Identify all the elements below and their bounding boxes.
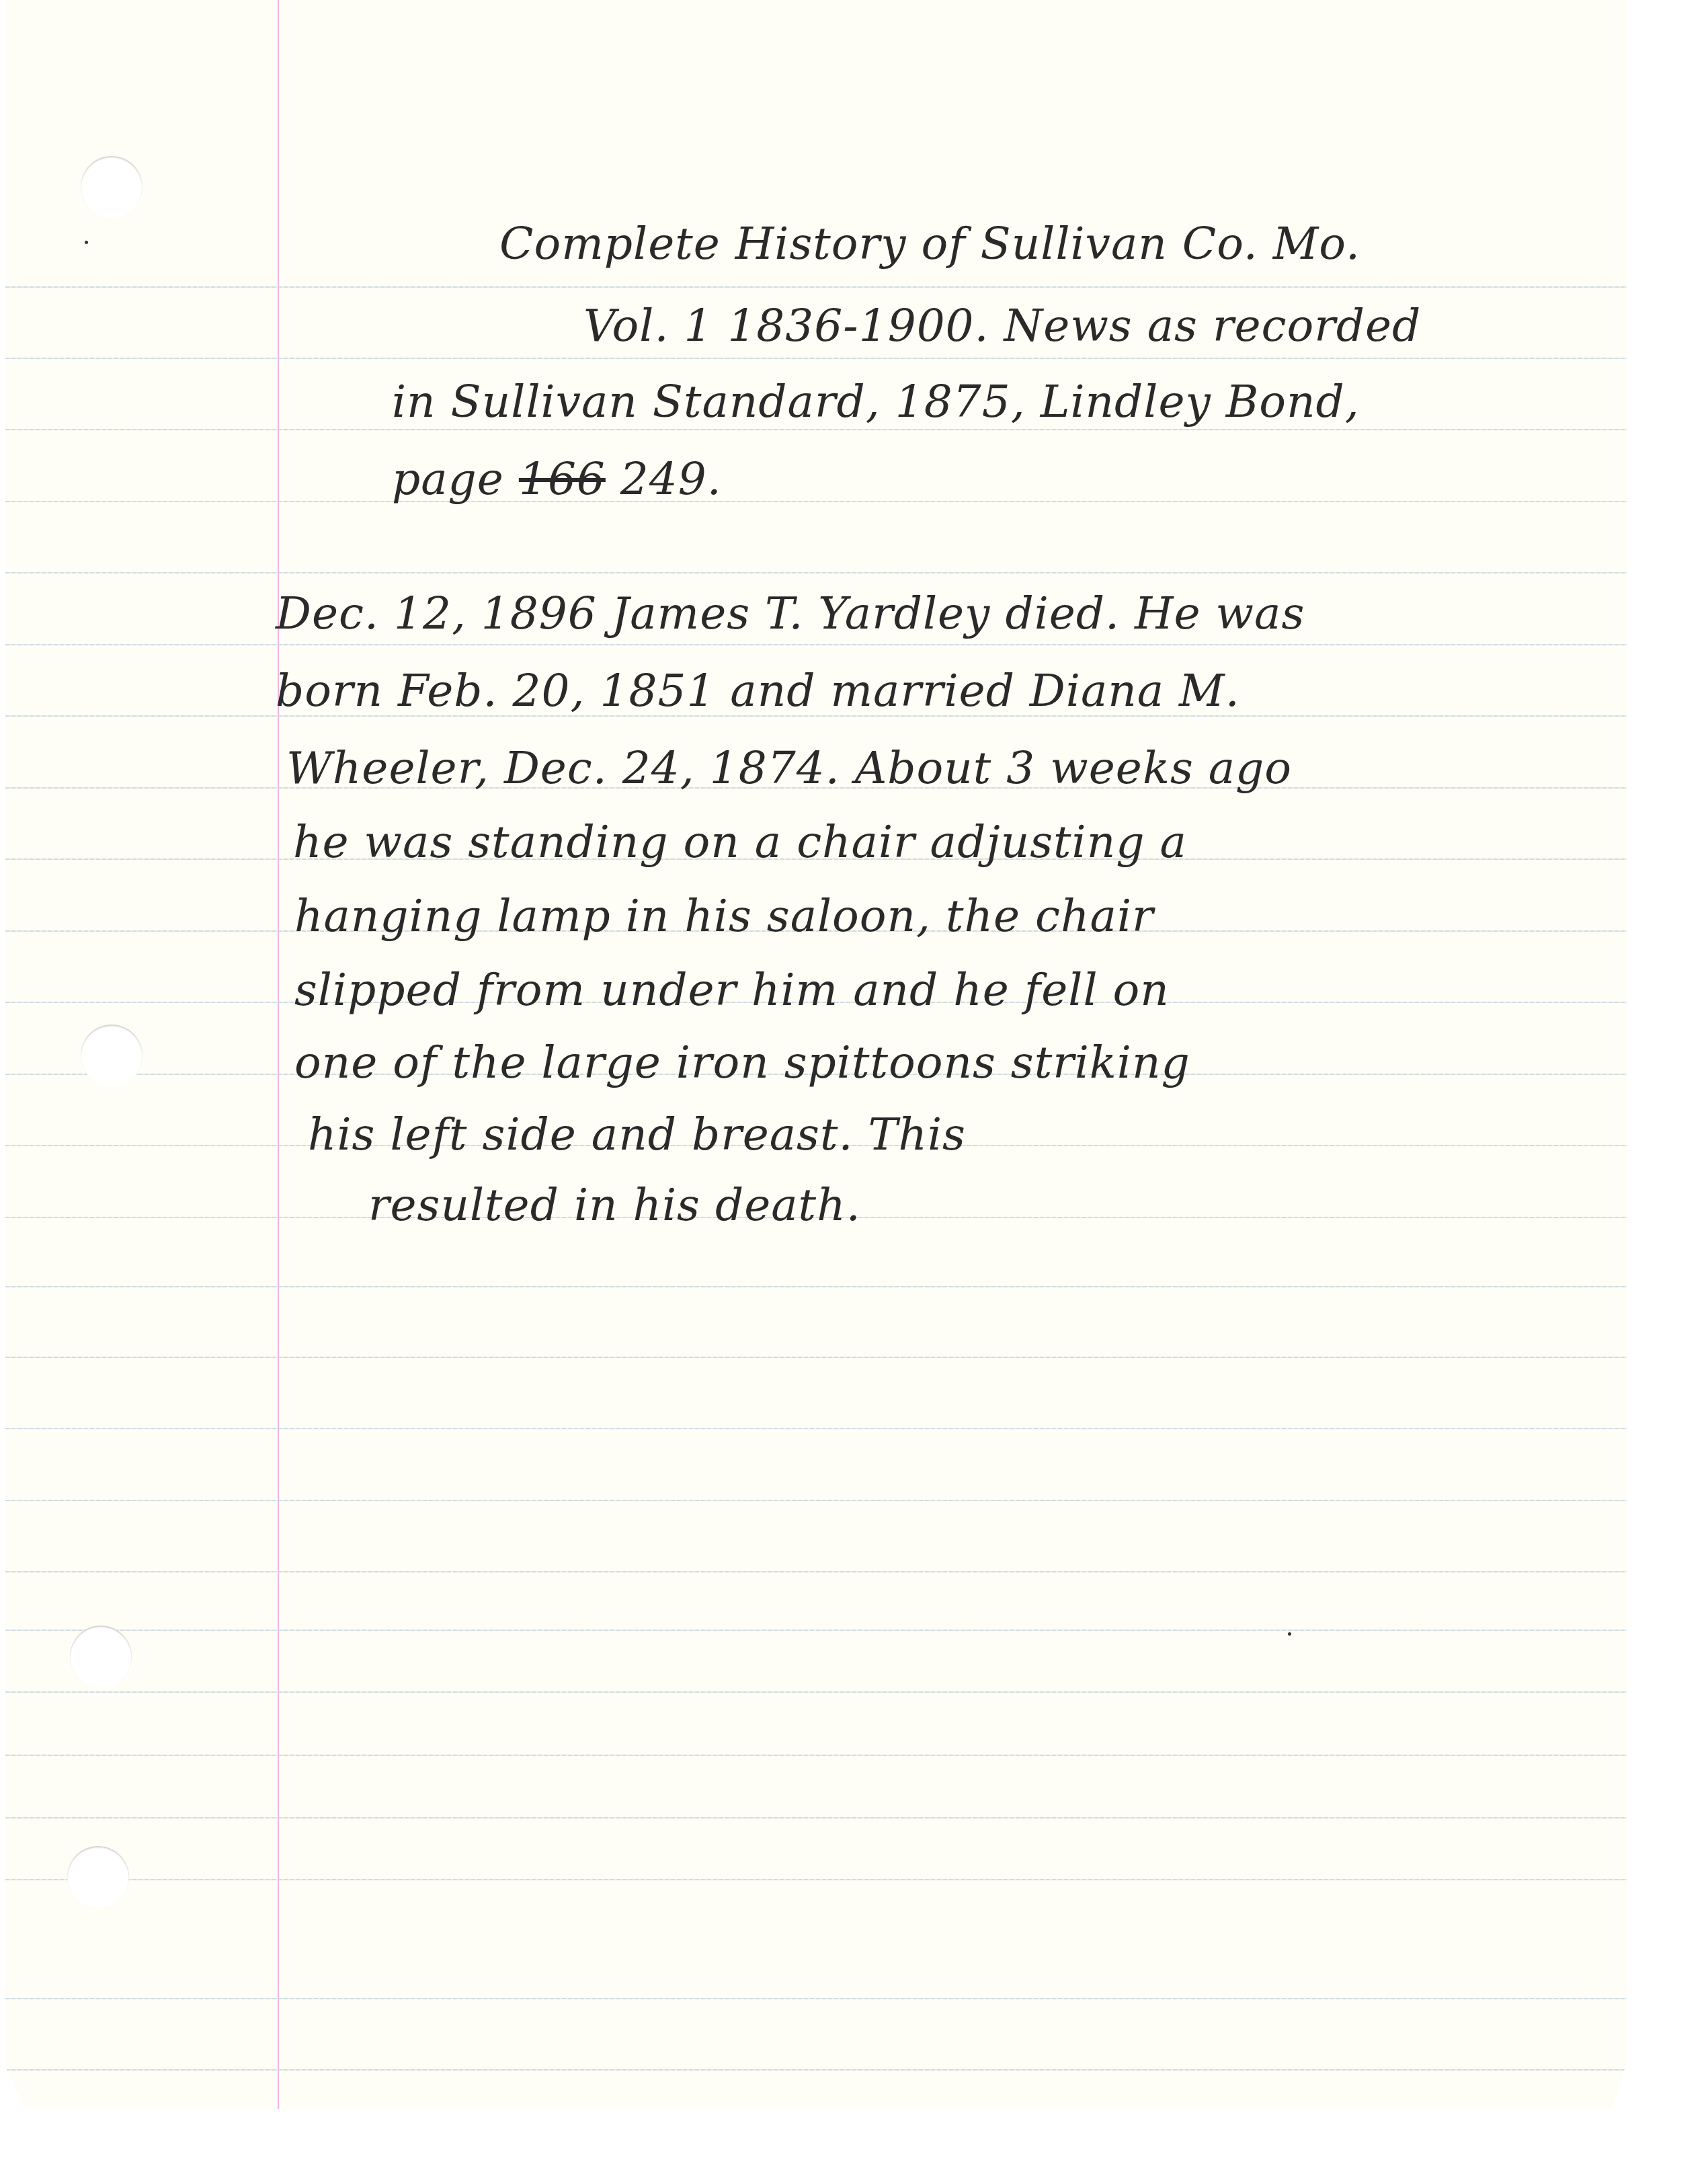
rule-line — [5, 1500, 1627, 1501]
entry-line-5: hanging lamp in his saloon, the chair — [294, 894, 1154, 938]
entry-line-4: he was standing on a chair adjusting a — [293, 820, 1187, 865]
paper-speck — [85, 241, 88, 244]
entry-line-9: resulted in his death. — [368, 1183, 861, 1228]
rule-line — [5, 286, 1627, 288]
rule-line — [5, 1286, 1627, 1287]
rule-line — [5, 572, 1627, 573]
rule-line — [5, 1571, 1627, 1572]
header-page-line: page 166 249. — [392, 457, 722, 502]
header-line-3: in Sullivan Standard, 1875, Lindley Bond… — [392, 380, 1360, 424]
rule-line — [5, 1691, 1627, 1693]
entry-line-1: Dec. 12, 1896 James T. Yardley died. He … — [276, 592, 1305, 636]
paper-speck — [1288, 1632, 1291, 1636]
binder-hole — [81, 1025, 143, 1086]
margin-line — [278, 0, 279, 2109]
rule-line — [5, 1879, 1627, 1880]
rule-line — [5, 1357, 1627, 1358]
entry-line-8: his left side and breast. This — [308, 1113, 966, 1157]
entry-line-3: Wheeler, Dec. 24, 1874. About 3 weeks ag… — [286, 746, 1292, 791]
binder-hole — [70, 1626, 132, 1687]
header-line-2: Vol. 1 1836-1900. News as recorded — [583, 304, 1421, 348]
page-struck-number: 166 — [519, 453, 606, 505]
page-label: page — [392, 453, 504, 505]
header-line-1: Complete History of Sullivan Co. Mo. — [499, 222, 1360, 266]
rule-line — [5, 2069, 1627, 2071]
notebook-page: Complete History of Sullivan Co. Mo. Vol… — [5, 0, 1627, 2109]
rule-line — [5, 1817, 1627, 1818]
rule-line — [5, 501, 1627, 502]
page-number: 249. — [620, 453, 722, 505]
rule-line — [5, 1630, 1627, 1631]
entry-line-2: born Feb. 20, 1851 and married Diana M. — [276, 669, 1240, 713]
rule-line — [5, 358, 1627, 359]
rule-line — [5, 644, 1627, 645]
rule-line — [5, 1428, 1627, 1429]
binder-hole — [81, 156, 143, 218]
entry-line-7: one of the large iron spittoons striking — [294, 1041, 1190, 1085]
entry-line-6: slipped from under him and he fell on — [294, 968, 1170, 1012]
rule-line — [5, 429, 1627, 430]
rule-line — [5, 1755, 1627, 1756]
rule-line — [5, 1998, 1627, 1999]
binder-hole — [67, 1846, 129, 1908]
